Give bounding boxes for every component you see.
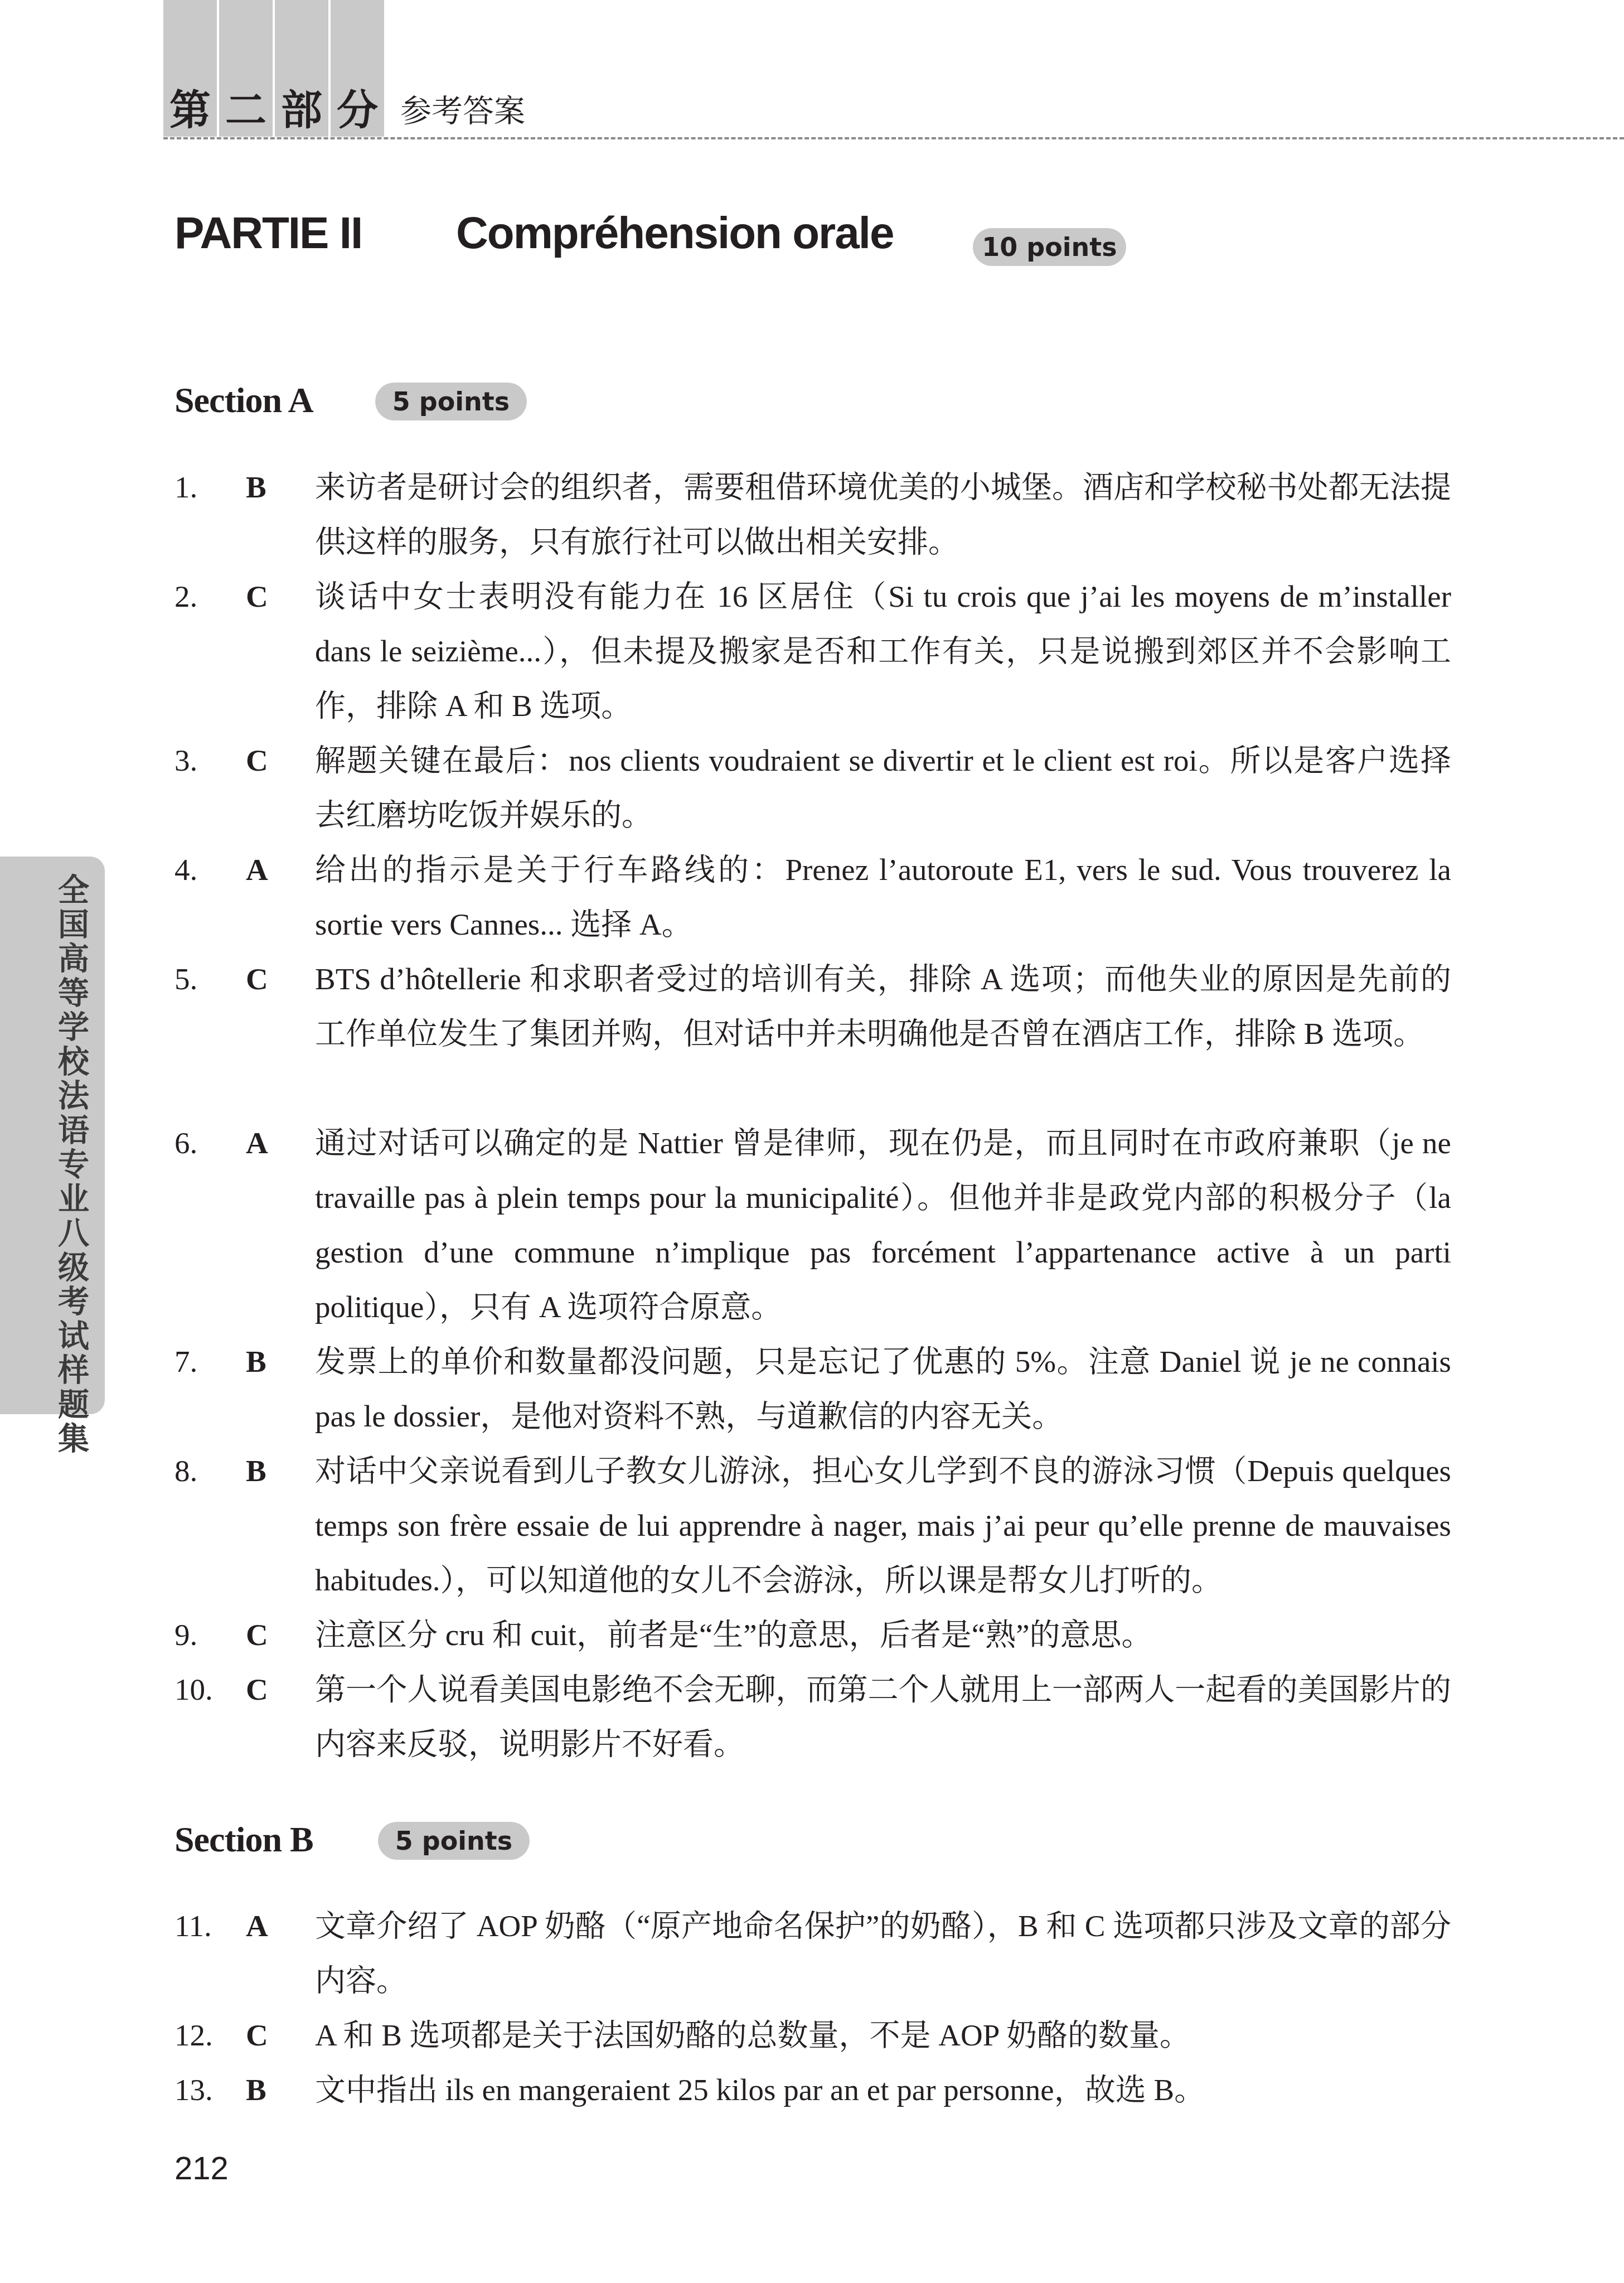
item-answer: B xyxy=(246,2063,266,2117)
header-char: 二 xyxy=(219,90,273,131)
header-bar: 第 xyxy=(163,0,217,137)
item-number: 5. xyxy=(174,952,241,1007)
answer-item: 5. C BTS d’hôtellerie 和求职者受过的培训有关，排除 A 选… xyxy=(174,952,1451,1061)
answer-item: 7. B 发票上的单价和数量都没问题，只是忘记了优惠的 5%。注意 Daniel… xyxy=(174,1334,1451,1444)
header-char: 分 xyxy=(331,90,384,131)
header-bar: 分 xyxy=(331,0,384,137)
item-answer: C xyxy=(246,2008,268,2063)
item-number: 4. xyxy=(174,843,241,897)
item-explanation: 解题关键在最后：nos clients voudraient se divert… xyxy=(315,733,1451,843)
answer-item: 2. C 谈话中女士表明没有能力在 16 区居住（Si tu crois que… xyxy=(174,569,1451,733)
answer-item: 11. A 文章介绍了 AOP 奶酪（“原产地命名保护”的奶酪），B 和 C 选… xyxy=(174,1899,1451,2008)
section-a-title: Section A xyxy=(174,383,313,418)
item-answer: C xyxy=(246,952,268,1007)
item-explanation: A 和 B 选项都是关于法国奶酪的总数量，不是 AOP 奶酪的数量。 xyxy=(315,2008,1451,2063)
header-char: 第 xyxy=(163,90,217,131)
item-number: 13. xyxy=(174,2063,241,2117)
header-bar: 部 xyxy=(275,0,328,137)
answer-item: 12. C A 和 B 选项都是关于法国奶酪的总数量，不是 AOP 奶酪的数量。 xyxy=(174,2008,1451,2063)
item-explanation: 来访者是研讨会的组织者，需要租借环境优美的小城堡。酒店和学校秘书处都无法提供这样… xyxy=(315,460,1451,569)
item-explanation: 谈话中女士表明没有能力在 16 区居住（Si tu crois que j’ai… xyxy=(315,569,1451,733)
item-answer: B xyxy=(246,1444,266,1498)
answer-item: 6. A 通过对话可以确定的是 Nattier 曾是律师，现在仍是，而且同时在市… xyxy=(174,1116,1451,1334)
item-number: 10. xyxy=(174,1662,241,1717)
item-answer: C xyxy=(246,569,268,624)
item-answer: B xyxy=(246,460,266,515)
item-explanation: 文章介绍了 AOP 奶酪（“原产地命名保护”的奶酪），B 和 C 选项都只涉及文… xyxy=(315,1899,1451,2008)
item-explanation: 第一个人说看美国电影绝不会无聊，而第二个人就用上一部两人一起看的美国影片的内容来… xyxy=(315,1662,1451,1772)
item-answer: A xyxy=(246,1116,268,1170)
answer-item: 9. C 注意区分 cru 和 cuit，前者是“生”的意思，后者是“熟”的意思… xyxy=(174,1608,1451,1662)
item-explanation: BTS d’hôtellerie 和求职者受过的培训有关，排除 A 选项；而他失… xyxy=(315,952,1451,1061)
item-number: 11. xyxy=(174,1899,241,1953)
item-number: 1. xyxy=(174,460,241,515)
item-explanation: 通过对话可以确定的是 Nattier 曾是律师，现在仍是，而且同时在市政府兼职（… xyxy=(315,1116,1451,1334)
answer-item: 10. C 第一个人说看美国电影绝不会无聊，而第二个人就用上一部两人一起看的美国… xyxy=(174,1662,1451,1772)
partie-title: Compréhension orale xyxy=(456,211,893,255)
answer-item: 13. B 文中指出 ils en mangeraient 25 kilos p… xyxy=(174,2063,1451,2117)
side-tab: 全国高等学校法语专业八级考试样题集 xyxy=(0,857,105,1414)
header-dashed-rule xyxy=(163,137,1624,139)
partie-label: PARTIE II xyxy=(174,211,362,255)
item-explanation: 给出的指示是关于行车路线的：Prenez l’autoroute E1, ver… xyxy=(315,843,1451,952)
item-explanation: 发票上的单价和数量都没问题，只是忘记了优惠的 5%。注意 Daniel 说 je… xyxy=(315,1334,1451,1444)
header-char: 部 xyxy=(275,90,328,131)
header-subtitle: 参考答案 xyxy=(400,96,525,127)
item-number: 7. xyxy=(174,1334,241,1389)
answer-item: 3. C 解题关键在最后：nos clients voudraient se d… xyxy=(174,733,1451,843)
item-answer: B xyxy=(246,1334,266,1389)
item-number: 12. xyxy=(174,2008,241,2063)
header-bar: 二 xyxy=(219,0,273,137)
section-b-points-badge: 5 points xyxy=(378,1822,530,1860)
side-tab-text: 全国高等学校法语专业八级考试样题集 xyxy=(57,873,90,1457)
answer-item: 1. B 来访者是研讨会的组织者，需要租借环境优美的小城堡。酒店和学校秘书处都无… xyxy=(174,460,1451,569)
item-number: 8. xyxy=(174,1444,241,1498)
item-explanation: 文中指出 ils en mangeraient 25 kilos par an … xyxy=(315,2063,1451,2117)
answer-item: 4. A 给出的指示是关于行车路线的：Prenez l’autoroute E1… xyxy=(174,843,1451,952)
page-number: 212 xyxy=(174,2153,229,2185)
item-answer: C xyxy=(246,1608,268,1662)
item-number: 6. xyxy=(174,1116,241,1170)
points-badge: 10 points xyxy=(973,228,1126,266)
answer-item: 8. B 对话中父亲说看到儿子教女儿游泳，担心女儿学到不良的游泳习惯（Depui… xyxy=(174,1444,1451,1608)
item-number: 9. xyxy=(174,1608,241,1662)
item-answer: C xyxy=(246,1662,268,1717)
section-b-title: Section B xyxy=(174,1822,313,1858)
item-explanation: 对话中父亲说看到儿子教女儿游泳，担心女儿学到不良的游泳习惯（Depuis que… xyxy=(315,1444,1451,1608)
item-number: 2. xyxy=(174,569,241,624)
item-answer: A xyxy=(246,843,268,897)
section-a-points-badge: 5 points xyxy=(375,383,527,420)
item-explanation: 注意区分 cru 和 cuit，前者是“生”的意思，后者是“熟”的意思。 xyxy=(315,1608,1451,1662)
item-answer: C xyxy=(246,733,268,788)
item-number: 3. xyxy=(174,733,241,788)
item-answer: A xyxy=(246,1899,268,1953)
